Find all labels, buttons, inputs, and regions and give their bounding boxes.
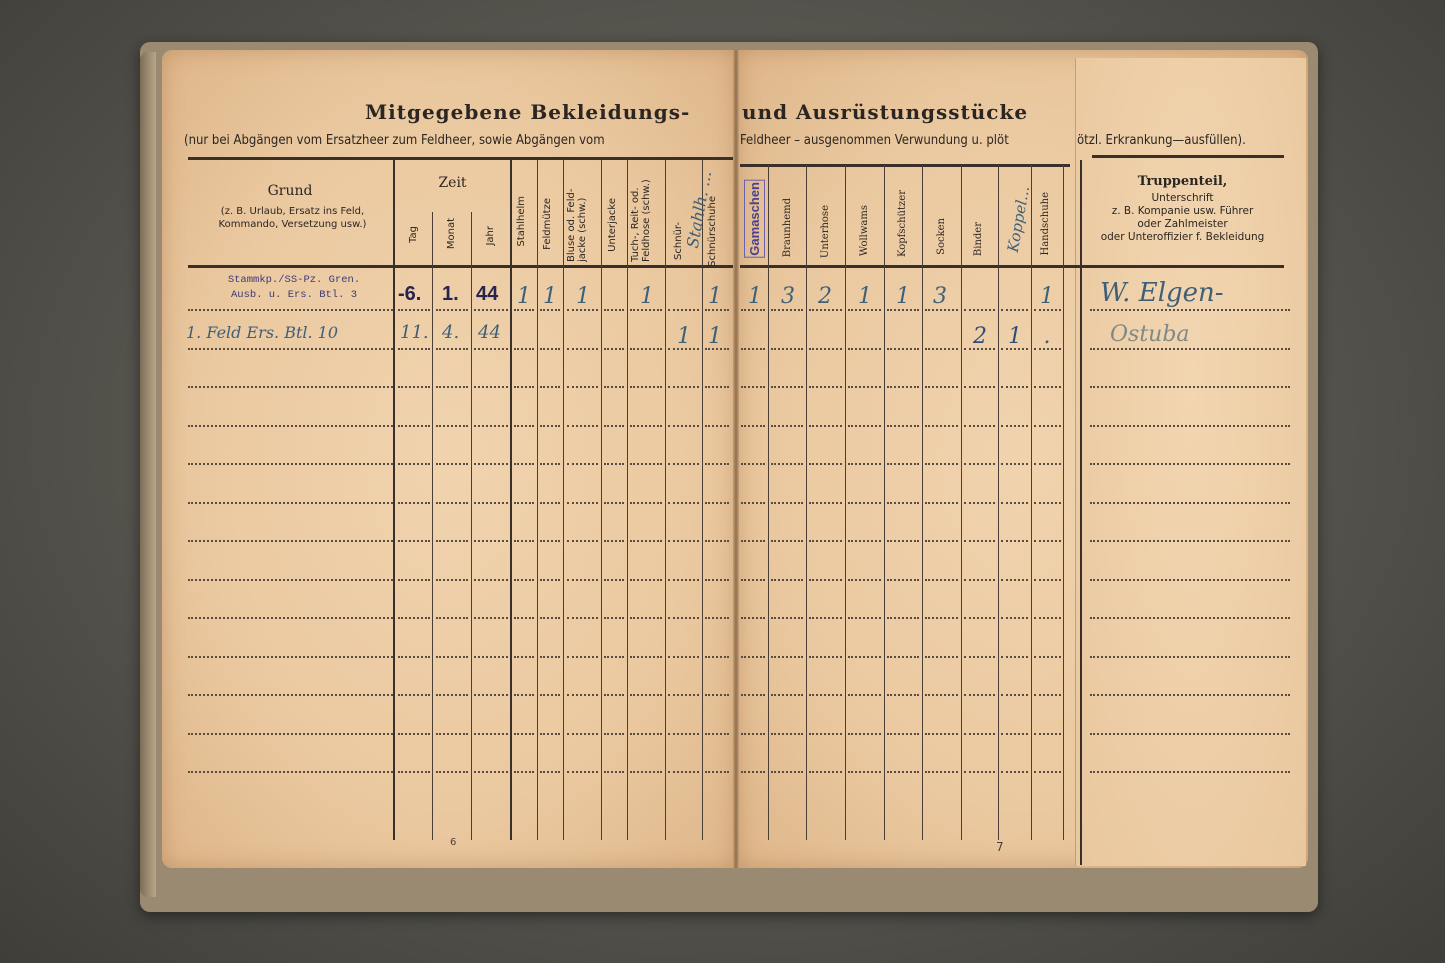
ruled-line (848, 694, 881, 696)
header-jahr: Jahr (485, 226, 496, 246)
ruled-line (887, 694, 919, 696)
ruled-line (567, 463, 598, 465)
ruled-line (705, 694, 729, 696)
ruled-line (887, 579, 919, 581)
ruled-line (398, 656, 430, 658)
ruled-line (604, 425, 624, 427)
ruled-line (474, 771, 508, 773)
item-divider (1031, 165, 1032, 840)
ruled-line (514, 463, 534, 465)
ruled-line (668, 579, 699, 581)
ruled-line (398, 579, 430, 581)
ruled-line (668, 502, 699, 504)
ruled-line (1001, 617, 1028, 619)
ruled-line (398, 540, 430, 542)
header-item-braunhemd: Braunhemd (782, 198, 793, 257)
header-item-unterjacke: Unterjacke (607, 198, 618, 252)
ruled-line (1090, 540, 1290, 542)
ruled-line (887, 617, 919, 619)
ruled-line (848, 425, 881, 427)
ruled-line (848, 348, 881, 350)
ruled-line (771, 463, 803, 465)
ruled-line (567, 540, 598, 542)
ruled-line (848, 502, 881, 504)
ruled-line (848, 386, 881, 388)
cover-spine-edge (140, 52, 156, 897)
ruled-line (540, 348, 560, 350)
ruled-line (514, 771, 534, 773)
ruled-line (436, 771, 468, 773)
header-grund: Grund (190, 185, 390, 198)
ruled-line (540, 463, 560, 465)
item-divider (845, 165, 846, 840)
ruled-line (567, 502, 598, 504)
ruled-line (1090, 617, 1290, 619)
ruled-line (1090, 694, 1290, 696)
row-1-qty-feldmuetze: 1 (535, 284, 565, 309)
ruled-line (540, 425, 560, 427)
ruled-line (1090, 309, 1290, 311)
ruled-line (436, 733, 468, 735)
ruled-line (668, 425, 699, 427)
row-1-grund-line-2: Ausb. u. Ers. Btl. 3 (196, 288, 392, 303)
header-item-schnuer: Schnür- (673, 222, 684, 260)
row-1-qty-gamaschen: 1 (740, 284, 770, 309)
ruled-line (604, 656, 624, 658)
ruled-line (668, 540, 699, 542)
ruled-line (188, 386, 393, 388)
header-item-stahlhelm: Stahlhelm (516, 196, 527, 247)
item-divider (1063, 165, 1064, 840)
ruled-line (540, 309, 560, 311)
ruled-line (436, 656, 468, 658)
ruled-line (436, 502, 468, 504)
ruled-line (436, 579, 468, 581)
ruled-line (567, 694, 598, 696)
ruled-line (514, 617, 534, 619)
ruled-line (398, 617, 430, 619)
ruled-line (771, 540, 803, 542)
ruled-line (848, 463, 881, 465)
ruled-line (741, 579, 765, 581)
ruled-line (705, 656, 729, 658)
ruled-line (1090, 733, 1290, 735)
ruled-line (604, 733, 624, 735)
ruled-line (630, 771, 662, 773)
ruled-line (771, 656, 803, 658)
ruled-line (705, 540, 729, 542)
ruled-line (771, 771, 803, 773)
header-item-handschuhe: Handschuhe (1040, 192, 1051, 256)
ruled-line (887, 463, 919, 465)
ruled-line (771, 425, 803, 427)
title-right: und Ausrüstungsstücke (742, 100, 1028, 124)
ruled-line (848, 733, 881, 735)
ruled-line (188, 425, 393, 427)
ruled-line (540, 540, 560, 542)
ruled-line (848, 579, 881, 581)
header-rule-insert (1092, 155, 1284, 158)
ruled-line (964, 617, 995, 619)
row-2-qty-handschuhe: . (1032, 324, 1062, 349)
book-gutter (733, 50, 739, 868)
row-2-qty-schnuer: 1 (669, 324, 699, 349)
ruled-line (809, 463, 842, 465)
ruled-line (567, 656, 598, 658)
header-bottom-rule-left (188, 265, 733, 268)
header-truppenteil-line-4: oder Unteroffizier f. Bekleidung (1085, 231, 1280, 244)
ruled-line (1001, 386, 1028, 388)
ruled-line (668, 617, 699, 619)
ruled-line (964, 502, 995, 504)
row-2-qty-binder: 2 (965, 324, 995, 349)
ruled-line (604, 386, 624, 388)
ruled-line (567, 309, 598, 311)
ruled-line (1090, 771, 1290, 773)
ruled-line (925, 617, 958, 619)
item-divider (702, 160, 703, 840)
ruled-line (771, 502, 803, 504)
item-divider (806, 165, 807, 840)
ruled-line (925, 463, 958, 465)
item-divider (665, 160, 666, 840)
ruled-line (741, 540, 765, 542)
ruled-line (436, 348, 468, 350)
ruled-line (1034, 579, 1061, 581)
ruled-line (668, 771, 699, 773)
column-divider-truppenteil (1080, 160, 1082, 865)
subtitle-right: ötzl. Erkrankung—ausfüllen). (1077, 133, 1246, 148)
row-1-qty-handschuhe: 1 (1032, 284, 1062, 309)
ruled-line (887, 309, 919, 311)
ruled-line (809, 617, 842, 619)
ruled-line (436, 540, 468, 542)
row-1-qty-unterhose: 2 (810, 284, 840, 309)
row-1-qty-schnuerschuhe: 1 (700, 284, 730, 309)
header-item-kopfschuetzer: Kopfschützer (897, 190, 908, 257)
ruled-line (925, 656, 958, 658)
ruled-line (474, 733, 508, 735)
ruled-line (514, 579, 534, 581)
ruled-line (809, 540, 842, 542)
ruled-line (567, 579, 598, 581)
ruled-line (540, 617, 560, 619)
ruled-line (514, 348, 534, 350)
ruled-line (514, 425, 534, 427)
ruled-line (474, 425, 508, 427)
ruled-line (514, 502, 534, 504)
ruled-line (540, 386, 560, 388)
ruled-line (604, 771, 624, 773)
ruled-line (925, 694, 958, 696)
item-divider (563, 160, 564, 840)
row-1-qty-bluse: 1 (568, 284, 598, 309)
ruled-line (771, 386, 803, 388)
ruled-line (771, 617, 803, 619)
item-divider (884, 165, 885, 840)
ruled-line (1090, 579, 1290, 581)
ruled-line (1090, 425, 1290, 427)
item-divider (601, 160, 602, 840)
ruled-line (540, 733, 560, 735)
item-divider (537, 160, 538, 840)
ruled-line (964, 463, 995, 465)
ruled-line (668, 694, 699, 696)
header-item-bluse: Bluse od. Feld-jacke (schw.) (566, 170, 592, 262)
ruled-line (604, 617, 624, 619)
item-divider (961, 165, 962, 840)
ruled-line (630, 309, 662, 311)
ruled-line (887, 502, 919, 504)
row-1-qty-braunhemd: 3 (773, 284, 803, 309)
ruled-line (668, 463, 699, 465)
ruled-line (436, 694, 468, 696)
ruled-line (1034, 386, 1061, 388)
ruled-line (887, 656, 919, 658)
ruled-line (540, 502, 560, 504)
header-truppenteil: Truppenteil, (1085, 175, 1280, 188)
ruled-line (474, 463, 508, 465)
ruled-line (188, 309, 393, 311)
item-divider (627, 160, 628, 840)
ruled-line (809, 309, 842, 311)
column-divider-grund (393, 160, 395, 840)
ruled-line (188, 579, 393, 581)
ruled-line (1001, 309, 1028, 311)
ruled-line (630, 694, 662, 696)
header-item-hose: Tuch-, Reit- od. Feldhose (schw.) (630, 168, 658, 262)
ruled-line (925, 540, 958, 542)
ruled-line (1090, 348, 1290, 350)
header-item-socken: Socken (936, 218, 947, 255)
ruled-line (668, 733, 699, 735)
ruled-line (630, 733, 662, 735)
ruled-line (540, 771, 560, 773)
ruled-line (668, 656, 699, 658)
ruled-line (474, 617, 508, 619)
ruled-line (809, 656, 842, 658)
ruled-line (567, 617, 598, 619)
header-truppenteil-line-1: Unterschrift (1085, 192, 1280, 205)
ruled-line (630, 386, 662, 388)
ruled-line (1034, 309, 1061, 311)
ruled-line (630, 579, 662, 581)
ruled-line (436, 463, 468, 465)
ruled-line (668, 309, 699, 311)
ruled-line (705, 771, 729, 773)
ruled-line (474, 579, 508, 581)
ruled-line (436, 425, 468, 427)
ruled-line (514, 694, 534, 696)
row-1-grund-line-1: Stammkp./SS-Pz. Gren. (196, 273, 392, 288)
ruled-line (436, 617, 468, 619)
ruled-line (188, 348, 393, 350)
ruled-line (809, 694, 842, 696)
ruled-line (741, 348, 765, 350)
ruled-line (540, 656, 560, 658)
ruled-line (1034, 463, 1061, 465)
ruled-line (188, 617, 393, 619)
ruled-line (848, 771, 881, 773)
ruled-line (925, 733, 958, 735)
ruled-line (741, 502, 765, 504)
ruled-line (604, 463, 624, 465)
ruled-line (964, 771, 995, 773)
ruled-line (705, 617, 729, 619)
ruled-line (705, 579, 729, 581)
ruled-line (887, 425, 919, 427)
ruled-line (848, 656, 881, 658)
item-divider (768, 165, 769, 840)
ruled-line (848, 540, 881, 542)
ruled-line (630, 348, 662, 350)
header-item-binder: Binder (973, 222, 984, 256)
ruled-line (771, 348, 803, 350)
ruled-line (474, 386, 508, 388)
ruled-line (604, 694, 624, 696)
row-2-grund: 1. Feld Ers. Btl. 10 (186, 323, 338, 342)
header-tag: Tag (408, 226, 419, 243)
ruled-line (1034, 617, 1061, 619)
ruled-line (188, 733, 393, 735)
ruled-line (1034, 502, 1061, 504)
ruled-line (964, 309, 995, 311)
ruled-line (705, 733, 729, 735)
ruled-line (741, 463, 765, 465)
ruled-line (771, 579, 803, 581)
ruled-line (925, 579, 958, 581)
row-1-jahr: 44 (476, 283, 498, 306)
ruled-line (964, 733, 995, 735)
ruled-line (1090, 502, 1290, 504)
ruled-line (514, 309, 534, 311)
header-item-wollwams: Wollwams (859, 205, 870, 256)
ruled-line (964, 386, 995, 388)
ruled-line (630, 502, 662, 504)
ruled-line (567, 386, 598, 388)
ruled-line (540, 579, 560, 581)
ruled-line (474, 540, 508, 542)
ruled-line (887, 733, 919, 735)
ruled-line (1034, 771, 1061, 773)
ruled-line (1001, 771, 1028, 773)
header-zeit: Zeit (395, 177, 510, 190)
ruled-line (188, 502, 393, 504)
item-divider (922, 165, 923, 840)
ruled-line (630, 463, 662, 465)
ruled-line (630, 540, 662, 542)
ruled-line (398, 733, 430, 735)
ruled-line (809, 502, 842, 504)
ruled-line (668, 386, 699, 388)
ruled-line (1001, 502, 1028, 504)
subtitle-mid: Feldheer – ausgenommen Verwundung u. plö… (740, 133, 1009, 148)
header-monat: Monat (446, 218, 457, 249)
ruled-line (1001, 694, 1028, 696)
ruled-line (705, 309, 729, 311)
header-bottom-rule-insert (1080, 265, 1284, 268)
ruled-line (741, 617, 765, 619)
row-2-jahr: 44 (478, 322, 501, 343)
row-1-tag: -6. (398, 283, 421, 306)
row-1-qty-wollwams: 1 (850, 284, 880, 309)
row-2-qty-koppel: 1 (1000, 324, 1030, 349)
ruled-line (925, 348, 958, 350)
ruled-line (398, 694, 430, 696)
ruled-line (925, 425, 958, 427)
ruled-line (925, 309, 958, 311)
ruled-line (1001, 463, 1028, 465)
row-1-qty-kopfschuetzer: 1 (888, 284, 918, 309)
ruled-line (1090, 386, 1290, 388)
ruled-line (474, 656, 508, 658)
ruled-line (604, 540, 624, 542)
ruled-line (188, 694, 393, 696)
ruled-line (809, 425, 842, 427)
ruled-line (474, 348, 508, 350)
ruled-line (848, 309, 881, 311)
ruled-line (809, 733, 842, 735)
header-item-unterhose: Unterhose (820, 205, 831, 258)
header-truppenteil-line-3: oder Zahlmeister (1085, 218, 1280, 231)
ruled-line (887, 540, 919, 542)
ruled-line (964, 656, 995, 658)
ruled-line (964, 540, 995, 542)
ruled-line (567, 733, 598, 735)
ruled-line (771, 694, 803, 696)
ruled-line (1001, 656, 1028, 658)
ruled-line (741, 386, 765, 388)
row-1-signature: W. Elgen- (1100, 278, 1224, 308)
ruled-line (741, 425, 765, 427)
ruled-line (809, 386, 842, 388)
ruled-line (741, 656, 765, 658)
ruled-line (514, 386, 534, 388)
ruled-line (436, 309, 468, 311)
ruled-line (1001, 733, 1028, 735)
row-1-monat: 1. (442, 283, 459, 306)
ruled-line (474, 309, 508, 311)
ruled-line (398, 463, 430, 465)
ruled-line (630, 617, 662, 619)
ruled-line (848, 617, 881, 619)
row-2-signature: Ostuba (1110, 322, 1190, 347)
ruled-line (567, 425, 598, 427)
ruled-line (964, 579, 995, 581)
ruled-line (398, 771, 430, 773)
ruled-line (398, 348, 430, 350)
ruled-line (514, 540, 534, 542)
ruled-line (887, 348, 919, 350)
ruled-line (567, 348, 598, 350)
subtitle-left: (nur bei Abgängen vom Ersatzheer zum Fel… (184, 133, 605, 148)
ruled-line (705, 502, 729, 504)
ruled-line (741, 309, 765, 311)
ruled-line (1034, 425, 1061, 427)
ruled-line (398, 309, 430, 311)
row-1-qty-socken: 3 (925, 284, 955, 309)
header-rule-left (188, 157, 733, 160)
stamp-gamaschen: Gamaschen (744, 180, 765, 258)
ruled-line (514, 733, 534, 735)
ruled-line (604, 579, 624, 581)
ruled-line (436, 386, 468, 388)
column-divider-zeit (510, 160, 512, 840)
ruled-line (705, 425, 729, 427)
ruled-line (630, 425, 662, 427)
ruled-line (925, 502, 958, 504)
header-grund-note: (z. B. Urlaub, Ersatz ins Feld, Kommando… (195, 205, 390, 231)
